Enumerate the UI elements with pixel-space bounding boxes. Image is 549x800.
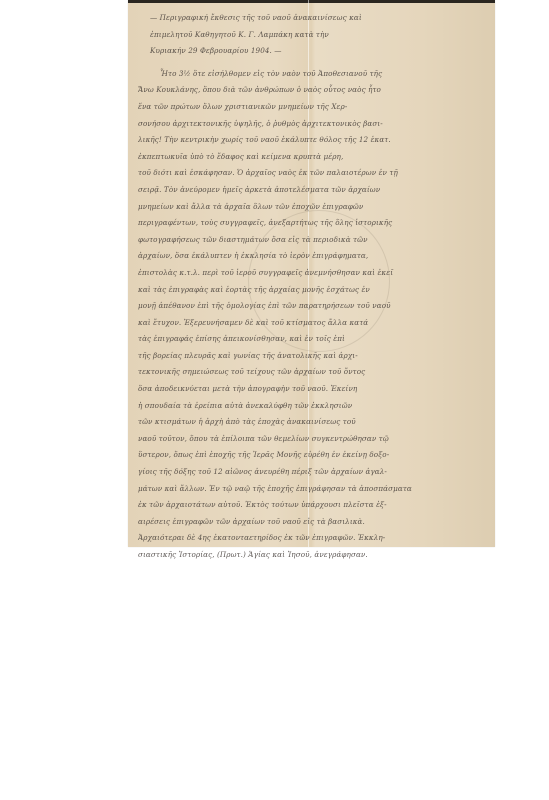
body-line: φωτογραφήσεως τῶν διαστημάτων ὅσα εἰς τὰ…	[138, 232, 487, 249]
body-line: ἐκ τῶν ἀρχαιοτάτων αὐτοῦ. Ἐκτὸς τούτων ὑ…	[138, 497, 487, 514]
letter-body: Ἦτο 3½ ὅτε εἰσήλθομεν εἰς τὸν ναὸν τοῦ Ἀ…	[138, 66, 487, 564]
heading-line: ἐπιμελητοῦ Καθηγητοῦ Κ. Γ. Λαμπάκη κατὰ …	[138, 27, 487, 44]
body-line: ἕνα τῶν πρώτων ὅλων χριστιανικῶν μνημείω…	[138, 99, 487, 116]
body-line: γίοις τῆς δόξης τοῦ 12 αἰῶνος ἀνευρέθη π…	[138, 464, 487, 481]
body-line: ἐπιστολὰς κ.τ.λ. περὶ τοῦ ἱεροῦ συγγραφε…	[138, 265, 487, 282]
letter-page: — Περιγραφική ἔκθεσις τῆς τοῦ ναοῦ ἀνακα…	[128, 0, 495, 547]
body-line: ἀρχαίων, ὅσα ἐκάλυπτεν ἡ ἐκκλησία τὸ ἱερ…	[138, 248, 487, 265]
body-line: Ἦτο 3½ ὅτε εἰσήλθομεν εἰς τὸν ναὸν τοῦ Ἀ…	[138, 66, 487, 83]
body-line: Ἀρχαιότεραι δὲ 4ης ἐκατονταετηρίδος ἐκ τ…	[138, 530, 487, 547]
body-line: ἐκπεπτωκυῖα ὑπὸ τὸ ἔδαφος καὶ κείμενα κρ…	[138, 149, 487, 166]
body-line: Ἄνω Κουκλάνης, ὅπου διὰ τῶν ἀνθρώπων ὁ ν…	[138, 82, 487, 99]
body-line: τὰς ἐπιγραφάς ἐπίσης ἀπεικονίσθησαν, καὶ…	[138, 331, 487, 348]
body-line: τῆς βορείας πλευρᾶς καὶ γωνίας τῆς ἀνατο…	[138, 348, 487, 365]
body-line: ὕστερον, ὅπως ἐπὶ ἐποχῆς τῆς Ἰερᾶς Μονῆς…	[138, 447, 487, 464]
heading-line: Κυριακήν 29 Φεβρουαρίου 1904. —	[138, 43, 487, 60]
body-line: καὶ τὰς ἐπιγραφὰς καὶ ἑορτὰς τῆς ἀρχαίας…	[138, 282, 487, 299]
letter-heading: — Περιγραφική ἔκθεσις τῆς τοῦ ναοῦ ἀνακα…	[138, 10, 487, 60]
body-line: τῶν κτισμάτων ἡ ἀρχὴ ἀπὸ τὰς ἐποχὰς ἀνακ…	[138, 414, 487, 431]
heading-line: — Περιγραφική ἔκθεσις τῆς τοῦ ναοῦ ἀνακα…	[138, 10, 487, 27]
handwritten-text: — Περιγραφική ἔκθεσις τῆς τοῦ ναοῦ ἀνακα…	[138, 10, 487, 564]
body-line: σιαστικῆς Ἱστορίας, (Πρωτ.) Ἁγίας καὶ Ἰη…	[138, 547, 487, 564]
body-line: μονῇ ἀπέθανον ἐπὶ τῆς ὁμολογίας ἐπὶ τῶν …	[138, 298, 487, 315]
body-line: σονήσου ἀρχιτεκτονικῆς ὑψηλῆς, ὁ ῥυθμὸς …	[138, 116, 487, 133]
body-line: ἡ σπουδαία τὰ ἐρείπια αὐτὰ ἀνεκαλύφθη τῶ…	[138, 398, 487, 415]
body-line: ναοῦ τοῦτον, ὅπου τὰ ἐπίλοιπα τῶν θεμελί…	[138, 431, 487, 448]
body-line: σειρᾷ. Τὸν ἀνεύρομεν ἡμεῖς ἀρκετὰ ἀποτελ…	[138, 182, 487, 199]
body-line: ὅσα ἀποδεικνύεται μετὰ τὴν ἀπογραφὴν τοῦ…	[138, 381, 487, 398]
body-line: αιρέσεις ἐπιγραφῶν τῶν ἀρχαίων τοῦ ναοῦ …	[138, 514, 487, 531]
body-line: μνημείων καὶ ἄλλα τὰ ἀρχαῖα ὅλων τῶν ἐπο…	[138, 199, 487, 216]
body-line: τεκτονικῆς σημειώσεως τοῦ τείχους τῶν ἀρ…	[138, 364, 487, 381]
body-line: λικῆς! Τὴν κεντρικὴν χωρίς τοῦ ναοῦ ἐκάλ…	[138, 132, 487, 149]
body-line: καὶ ἔτυχον. Ἐξερευνήσαμεν δὲ καὶ τοῦ κτί…	[138, 315, 487, 332]
body-line: περιγραφέντων, τοὺς συγγραφεῖς, ἀνεξαρτή…	[138, 215, 487, 232]
body-line: τοῦ διότι καὶ ἐσκάφησαν. Ὁ ἀρχαῖος ναὸς …	[138, 165, 487, 182]
body-line: μάτων καὶ ἄλλων. Ἐν τῷ ναῷ τῆς ἐποχῆς ἐπ…	[138, 481, 487, 498]
